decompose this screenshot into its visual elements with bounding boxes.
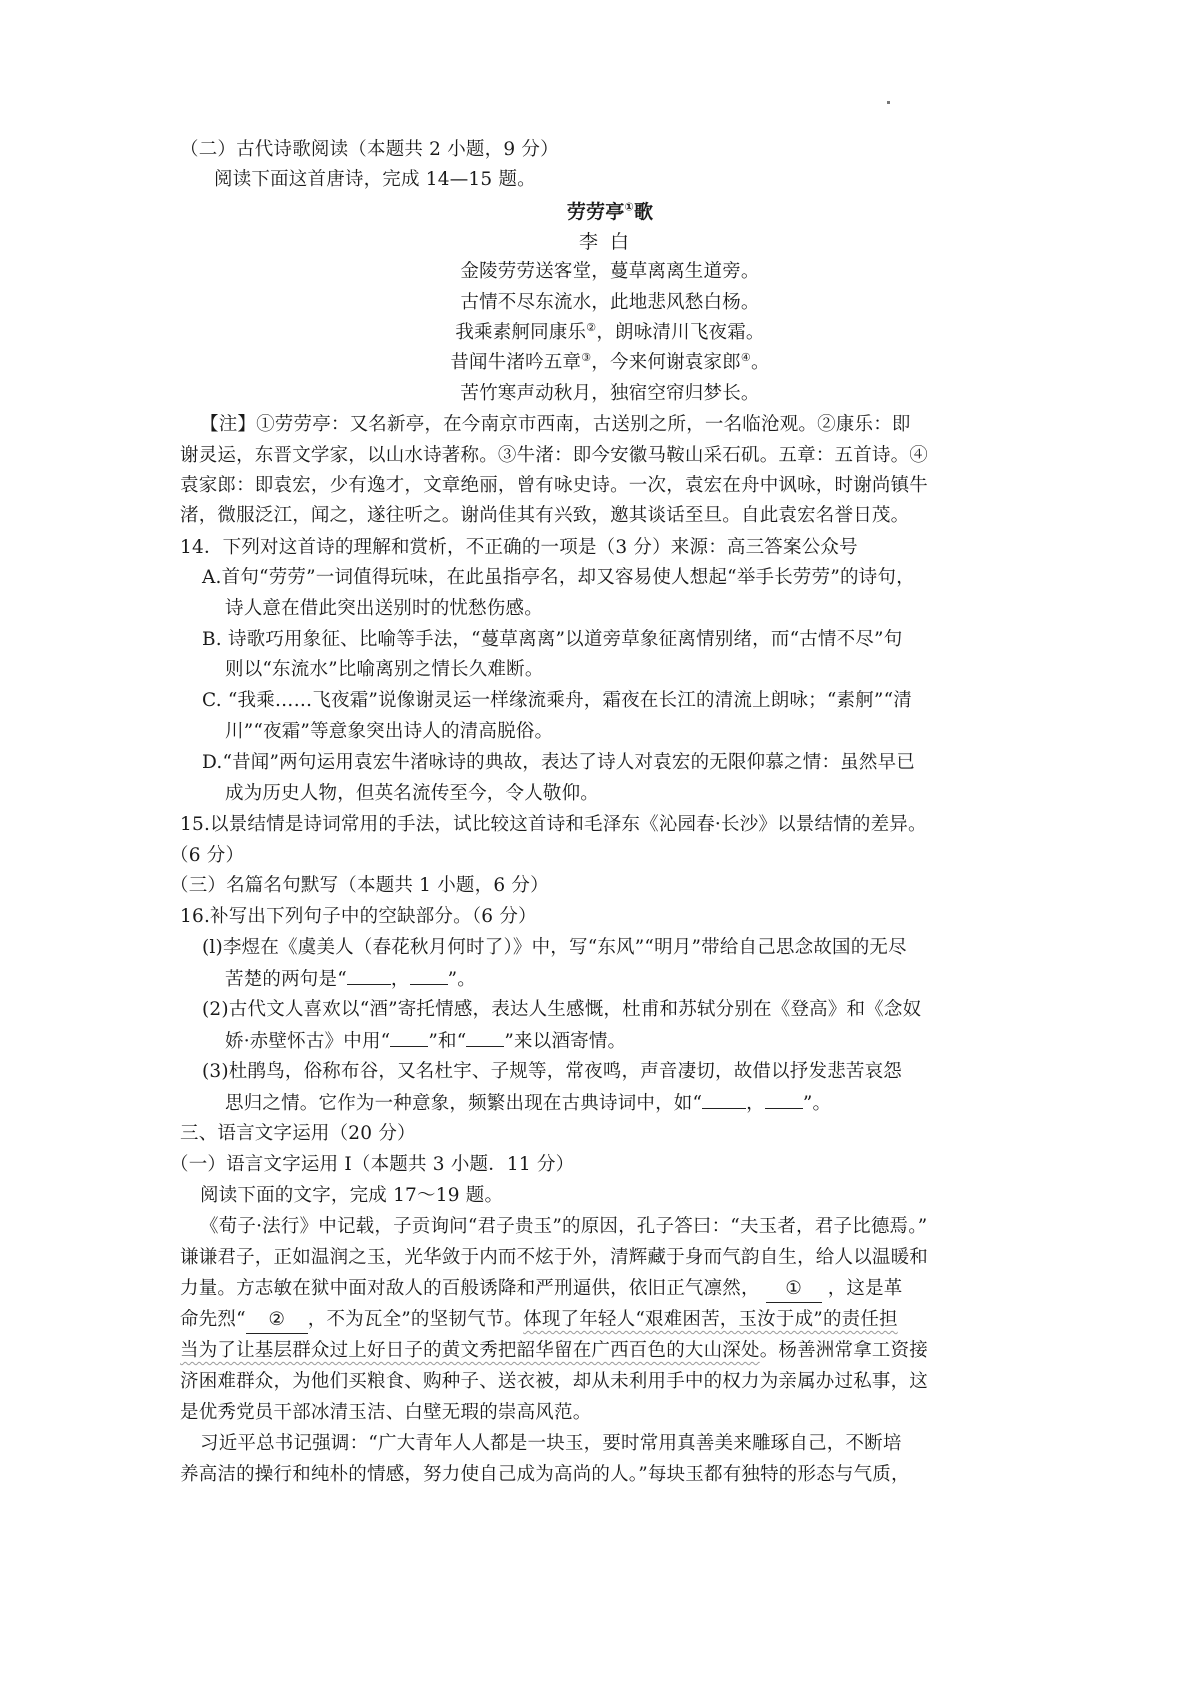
answer-blank[interactable] [765,1090,803,1109]
answer-blank[interactable] [702,1090,746,1109]
poem-note-line: 渚，微服泛江，闻之，遂往听之。谢尚佳其有兴致，邀其谈话至旦。自此袁宏名誉日茂。 [180,503,1040,529]
part-heading-language: 三、语言文字运用（20 分） [180,1121,1040,1147]
passage-line: 养高洁的操行和纯朴的情感，努力使自己成为高尚的人。”每块玉都有独特的形态与气质， [180,1462,1040,1488]
question-14-option-a: A.首句“劳劳”一词值得玩味，在此虽指亭名，却又容易使人想起“举手长劳劳”的诗句… [202,565,1062,591]
passage-line: 济困难群众，为他们买粮食、购种子、送衣被，却从未利用手中的权力为亲属办过私事，这 [180,1369,1040,1395]
poem-author: 李白 [180,229,1040,255]
wavy-underlined-text: 当为了让基层群众过上好日子的黄文秀把韶华留在广西百色的大山深处 [180,1340,760,1361]
question-16-item-2-cont: 娇·赤壁怀古》中用“”和“”来以酒寄情。 [225,1028,1085,1055]
poem-note-line: 【注】①劳劳亭：又名新亭，在今南京市西南，古送别之所，一名临沧观。②康乐：即 [200,412,1040,438]
question-15: 15.以景结情是诗词常用的手法，试比较这首诗和毛泽东《沁园春·长沙》以景结情的差… [180,812,1040,838]
answer-blank[interactable] [410,966,448,985]
question-14-option-a-cont: 诗人意在借此突出送别时的忧愁伤感。 [225,596,1085,622]
passage-line: 习近平总书记强调：“广大青年人人都是一块玉，要时常用真善美来雕琢自己，不断培 [200,1431,1040,1457]
passage-line: 《荀子·法行》中记载，子贡询问“君子贵玉”的原因，孔子答曰：“夫玉者，君子比德焉… [200,1214,1040,1240]
passage-line: 是优秀党员干部冰清玉洁、白壁无瑕的崇高风范。 [180,1400,1040,1426]
poem-line: 我乘素舸同康乐②，朗咏清川飞夜霜。 [180,320,1040,346]
question-14-option-c: C. “我乘……飞夜霜”说像谢灵运一样缘流乘舟，霜夜在长江的清流上朗咏；“素舸”… [202,688,1062,714]
answer-blank-1[interactable]: ① [766,1276,822,1303]
question-14-option-c-cont: 川”“夜霜”等意象突出诗人的清高脱俗。 [225,719,1085,745]
poem-title: 劳劳亭①歌 [180,199,1040,225]
question-14-stem: 14．下列对这首诗的理解和赏析，不正确的一项是（3 分）来源：高三答案公众号 [180,535,1040,561]
poem-note-line: 袁家郎：即袁宏，少有逸才，文章绝丽，曾有咏史诗。一次，袁宏在舟中讽咏，时谢尚镇牛 [180,473,1040,499]
question-14-option-d-cont: 成为历史人物，但英名流传至今，令人敬仰。 [225,781,1085,807]
page-mark [887,101,890,104]
question-16-item-1-cont: 苦楚的两句是“，”。 [225,966,1085,993]
question-14-option-b-cont: 则以“东流水”比喻离别之情长久难断。 [225,657,1085,683]
answer-blank[interactable] [390,1028,428,1047]
passage-line: 命先烈“②，不为瓦全”的坚韧气节。体现了年轻人“艰难困苦，玉汝于成”的责任担 [180,1307,1040,1334]
poem-line: 苦竹寒声动秋月，独宿空帘归梦长。 [180,381,1040,407]
answer-blank[interactable] [347,966,391,985]
passage-line: 力量。方志敏在狱中面对敌人的百般诱降和严刑逼供，依旧正气凛然，①，这是革 [180,1276,1040,1303]
poetry-instruction: 阅读下面这首唐诗，完成 14—15 题。 [214,167,1074,193]
poem-note-line: 谢灵运，东晋文学家，以山水诗著称。③牛渚：即今安徽马鞍山采石矶。五章：五首诗。④ [180,443,1040,469]
poem-line: 金陵劳劳送客堂，蔓草离离生道旁。 [180,259,1040,285]
question-16-item-3-cont: 思归之情。它作为一种意象，频繁出现在古典诗词中，如“，”。 [225,1090,1085,1117]
question-15-score: （6 分） [170,843,1030,869]
poem-line: 古情不尽东流水，此地悲风愁白杨。 [180,290,1040,316]
language-instruction: 阅读下面的文字，完成 17～19 题。 [200,1183,1060,1209]
passage-line: 当为了让基层群众过上好日子的黄文秀把韶华留在广西百色的大山深处。杨善洲常拿工资接 [180,1338,1040,1364]
passage-line: 谦谦君子，正如温润之玉，光华敛于内而不炫于外，清辉藏于身而气韵自生，给人以温暖和 [180,1245,1040,1271]
wavy-underlined-text: 体现了年轻人“艰难困苦，玉汝于成”的责任担 [523,1309,898,1330]
section-heading-poetry: （二）古代诗歌阅读（本题共 2 小题，9 分） [180,137,1040,163]
question-16-item-3: (3)杜鹃鸟，俗称布谷，又名杜宇、子规等，常夜鸣，声音凄切，故借以抒发悲苦哀怨 [202,1059,1062,1085]
section-heading-language-1: （一）语言文字运用 I（本题共 3 小题．11 分） [170,1152,1030,1178]
poem-line: 昔闻牛渚吟五章③，今来何谢袁家郎④。 [180,350,1040,376]
question-16-item-2: (2)古代文人喜欢以“酒”寄托情感，表达人生感慨，杜甫和苏轼分别在《登高》和《念… [202,997,1062,1023]
answer-blank[interactable] [466,1028,504,1047]
question-16-stem: 16.补写出下列句子中的空缺部分。（6 分） [180,904,1040,930]
question-14-option-d: D.“昔闻”两句运用袁宏牛渚咏诗的典故，表达了诗人对袁宏的无限仰慕之情：虽然早已 [202,750,1062,776]
section-heading-recitation: （三）名篇名句默写（本题共 1 小题，6 分） [170,873,1030,899]
exam-page: （二）古代诗歌阅读（本题共 2 小题，9 分） 阅读下面这首唐诗，完成 14—1… [0,0,1200,1698]
question-16-item-1: (l)李煜在《虞美人（春花秋月何时了）》中，写“东风”“明月”带给自己思念故国的… [202,935,1062,961]
answer-blank-2[interactable]: ② [246,1307,308,1334]
question-14-option-b: B. 诗歌巧用象征、比喻等手法，“蔓草离离”以道旁草象征离情别绪，而“古情不尽”… [202,627,1062,653]
